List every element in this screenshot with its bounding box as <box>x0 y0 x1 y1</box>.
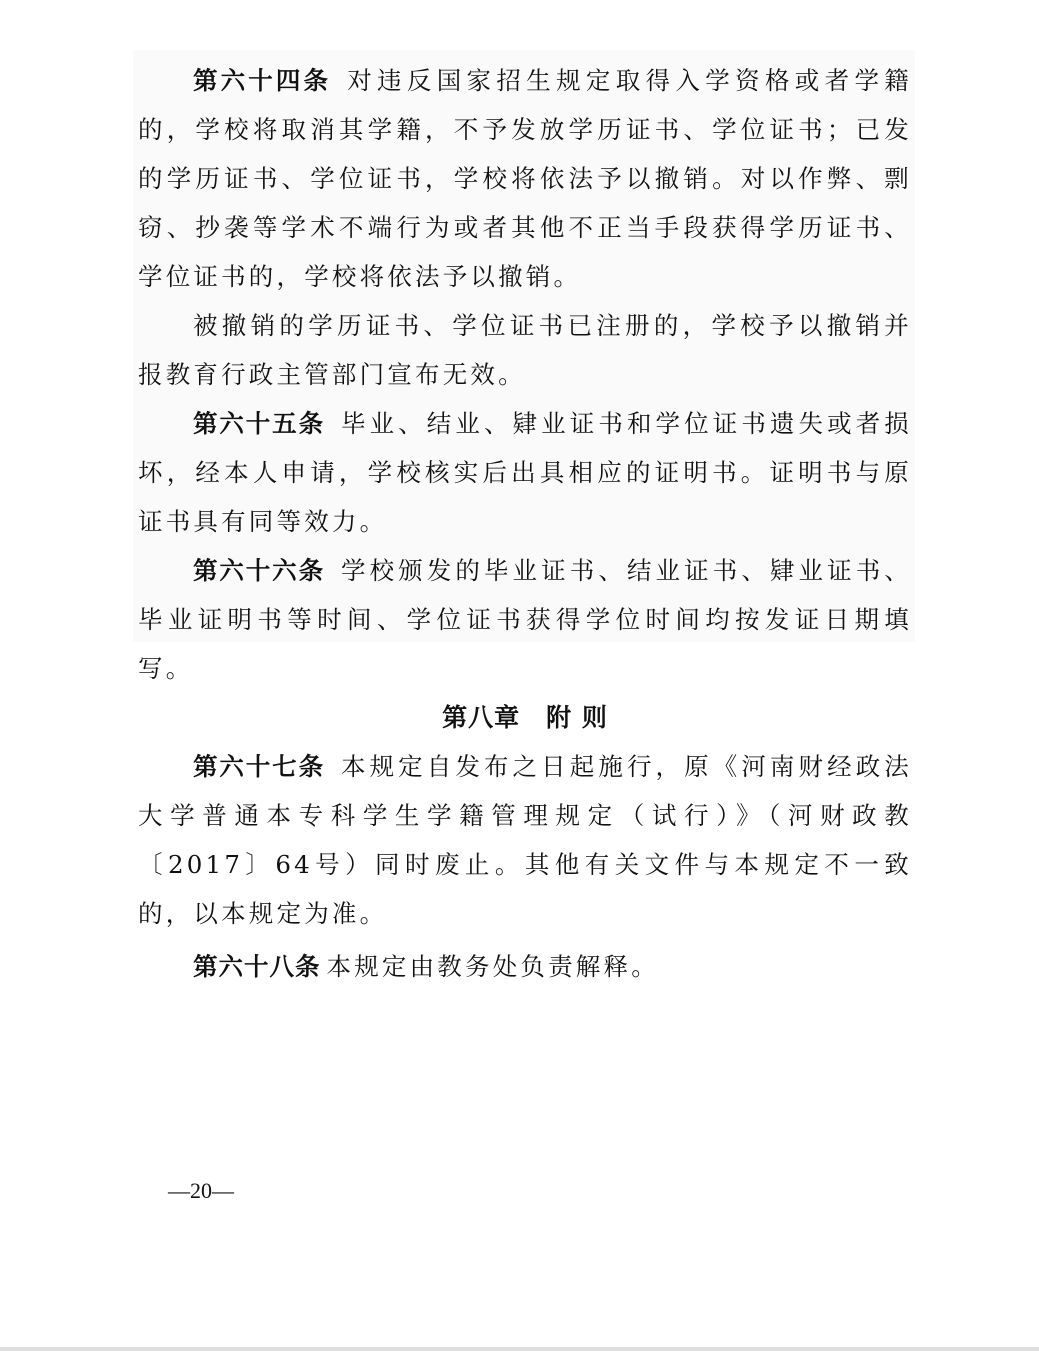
article-65-paragraph: 第六十五条毕业、结业、肄业证书和学位证书遗失或者损坏，经本人申请，学校核实后出具… <box>138 399 912 546</box>
chapter-heading: 第八章 附 则 <box>138 693 912 742</box>
document-page: 第六十四条对违反国家招生规定取得入学资格或者学籍的，学校将取消其学籍，不予发放学… <box>138 56 912 991</box>
page-bottom-edge <box>0 1347 1039 1351</box>
article-64-paragraph-1: 第六十四条对违反国家招生规定取得入学资格或者学籍的，学校将取消其学籍，不予发放学… <box>138 56 912 301</box>
article-64-paragraph-2: 被撤销的学历证书、学位证书已注册的，学校予以撤销并报教育行政主管部门宣布无效。 <box>138 301 912 399</box>
article-68-text: 本规定由教务处负责解释。 <box>327 952 659 981</box>
article-64-text-1: 对违反国家招生规定取得入学资格或者学籍的，学校将取消其学籍，不予发放学历证书、学… <box>138 66 912 291</box>
article-64-text-2: 被撤销的学历证书、学位证书已注册的，学校予以撤销并报教育行政主管部门宣布无效。 <box>138 311 912 389</box>
page-number: —20— <box>168 1178 234 1204</box>
article-67-paragraph: 第六十七条本规定自发布之日起施行，原《河南财经政法大学普通本专科学生学籍管理规定… <box>138 742 912 938</box>
article-66-label: 第六十六条 <box>193 556 325 585</box>
article-68-paragraph: 第六十八条本规定由教务处负责解释。 <box>138 942 912 991</box>
article-67-label: 第六十七条 <box>193 752 325 781</box>
article-66-paragraph: 第六十六条学校颁发的毕业证书、结业证书、肄业证书、毕业证明书等时间、学位证书获得… <box>138 546 912 693</box>
article-68-label: 第六十八条 <box>193 952 321 981</box>
article-64-label: 第六十四条 <box>193 66 331 95</box>
article-65-label: 第六十五条 <box>193 409 325 438</box>
